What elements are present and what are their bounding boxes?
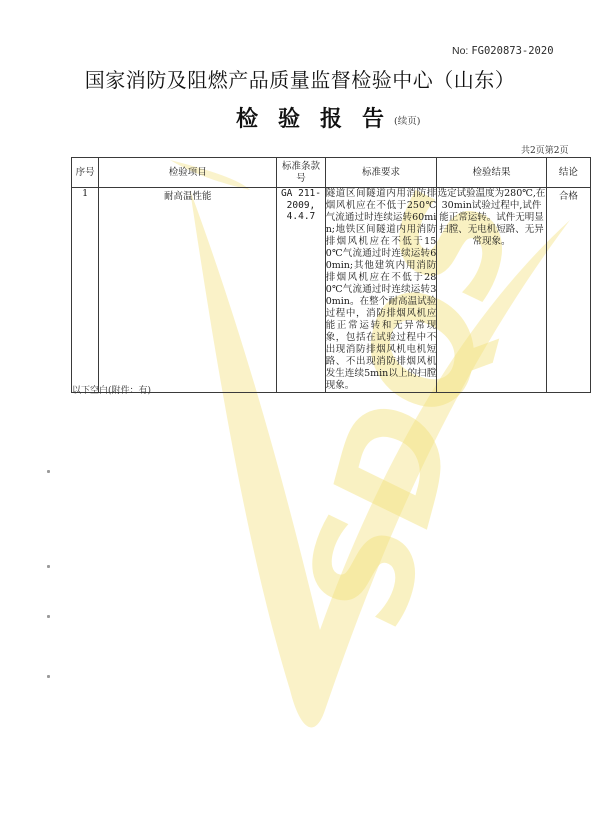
cell-item: 耐高温性能: [99, 188, 277, 393]
header-item: 检验项目: [99, 158, 277, 188]
binding-hole-mark: [47, 470, 50, 473]
organization-title: 国家消防及阻燃产品质量监督检验中心（山东）: [0, 64, 600, 93]
binding-hole-mark: [47, 615, 50, 618]
header-seq: 序号: [72, 158, 99, 188]
cell-standard-clause: GA 211-2009, 4.4.7: [277, 188, 325, 393]
report-title: 检验报告(续页): [236, 102, 420, 133]
header-conclusion: 结论: [546, 158, 590, 188]
page-indicator: 共2页第2页: [521, 143, 568, 156]
header-standard-clause: 标准条款号: [277, 158, 325, 188]
header-requirement: 标准要求: [325, 158, 437, 188]
report-number-value: FG020873-2020: [471, 45, 553, 57]
cell-seq: 1: [72, 188, 99, 393]
header-result: 检验结果: [437, 158, 546, 188]
cell-requirement: 隧道区间隧道内用消防排烟风机应在不低于250℃气流通过时连续运转60min;地铁…: [325, 188, 437, 393]
inspection-table: 序号 检验项目 标准条款号 标准要求 检验结果 结论 1 耐高温性能 GA 21…: [71, 157, 591, 393]
table-row: 1 耐高温性能 GA 211-2009, 4.4.7 隧道区间隧道内用消防排烟风…: [72, 188, 591, 393]
blank-below-note: 以下空白(附件：有): [72, 383, 151, 396]
report-number-label: No:: [452, 45, 468, 57]
report-number: No:FG020873-2020: [452, 45, 554, 57]
cell-result: 选定试验温度为280℃,在30min试验过程中,试件能正常运转。试件无明显扫膛、…: [437, 188, 546, 393]
cell-conclusion: 合格: [546, 188, 590, 393]
continuation-label: (续页): [394, 116, 420, 127]
report-title-main: 检验报告: [236, 106, 404, 132]
binding-hole-mark: [47, 565, 50, 568]
table-header-row: 序号 检验项目 标准条款号 标准要求 检验结果 结论: [72, 158, 591, 188]
binding-hole-mark: [47, 675, 50, 678]
